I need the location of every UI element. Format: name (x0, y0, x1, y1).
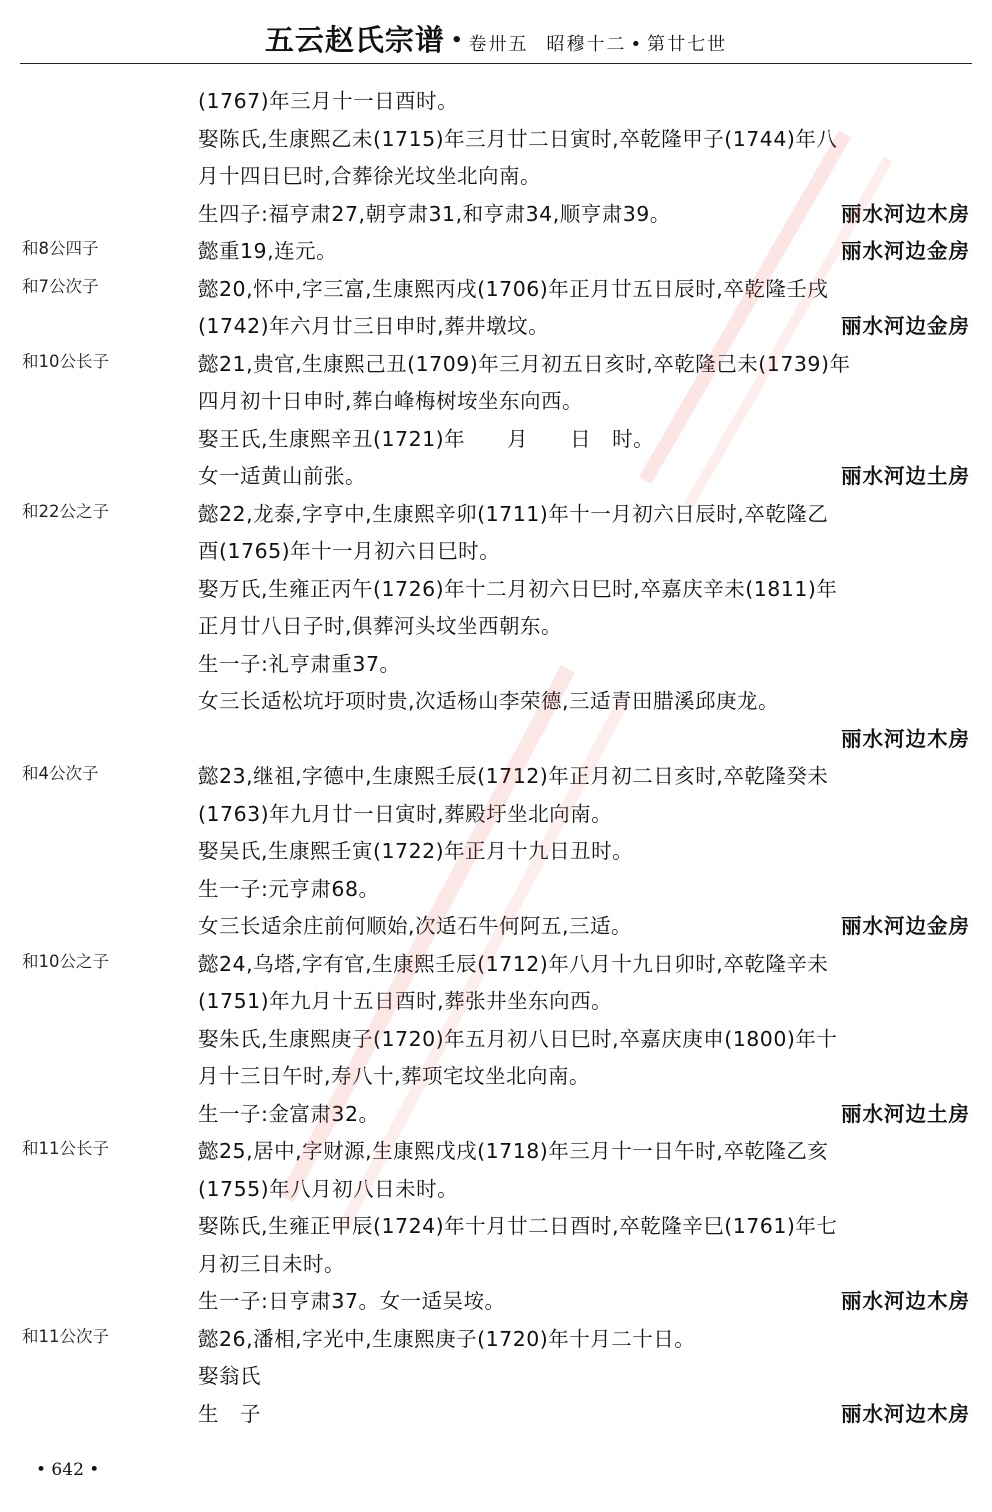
entry-line: 娶陈氏,生康熙乙未(1715)年三月廿二日寅时,卒乾隆甲子(1744)年八 (0, 121, 992, 159)
header-rule (20, 63, 972, 64)
entry-line: 和7公次子懿20,怀中,字三富,生康熙丙戌(1706)年正月廿五日辰时,卒乾隆壬… (0, 271, 992, 309)
entry-text: 月十四日巳时,合葬徐光坟坐北向南。 (198, 158, 541, 196)
branch-label: 丽水河边土房 (841, 458, 970, 496)
entry-line: 月十四日巳时,合葬徐光坟坐北向南。 (0, 158, 992, 196)
entry-text: (1763)年九月廿一日寅时,葬殿圩坐北向南。 (198, 796, 612, 834)
entry-line: 生一子:日亨肃37。女一适吴垵。丽水河边木房 (0, 1283, 992, 1321)
entry-text: 生一子:礼亨肃重37。 (198, 646, 401, 684)
entry-line: 和22公之子懿22,龙泰,字亨中,生康熙辛卯(1711)年十一月初六日辰时,卒乾… (0, 496, 992, 534)
entry-line: 娶万氏,生雍正丙午(1726)年十二月初六日巳时,卒嘉庆辛未(1811)年 (0, 571, 992, 609)
entry-line: 生四子:福亨肃27,朝亨肃31,和亨肃34,顺亨肃39。丽水河边木房 (0, 196, 992, 234)
entry-text: 娶吴氏,生康熙壬寅(1722)年正月十九日丑时。 (198, 833, 633, 871)
entry-line: 生 子丽水河边木房 (0, 1396, 992, 1434)
entry-text: 娶陈氏,生康熙乙未(1715)年三月廿二日寅时,卒乾隆甲子(1744)年八 (198, 121, 837, 159)
entry-line: 娶翁氏 (0, 1358, 992, 1396)
entry-line: (1742)年六月廿三日申时,葬井墩坟。丽水河边金房 (0, 308, 992, 346)
entry-text: 懿21,贵官,生康熙己丑(1709)年三月初五日亥时,卒乾隆己未(1739)年 (198, 346, 850, 384)
entry-text: 生一子:元亨肃68。 (198, 871, 380, 909)
header-separator: • (451, 30, 463, 51)
volume-label: 卷卅五 (468, 34, 528, 55)
entry-line: 和11公次子懿26,潘相,字光中,生康熙庚子(1720)年十月二十日。 (0, 1321, 992, 1359)
page-number: • 642 • (36, 1460, 99, 1480)
entry-line: 酉(1765)年十一月初六日巳时。 (0, 533, 992, 571)
entry-text: 月初三日未时。 (198, 1246, 345, 1284)
entry-text: 生一子:金富肃32。 (198, 1096, 380, 1134)
relation-label: 和22公之子 (22, 493, 109, 531)
relation-label: 和11公次子 (22, 1318, 109, 1356)
entry-text: 懿25,居中,字财源,生康熙戊戌(1718)年三月十一日午时,卒乾隆乙亥 (198, 1133, 828, 1171)
entry-text: 懿23,继祖,字德中,生康熙壬辰(1712)年正月初二日亥时,卒乾隆癸未 (198, 758, 828, 796)
entry-line: (1763)年九月廿一日寅时,葬殿圩坐北向南。 (0, 796, 992, 834)
entry-line: (1755)年八月初八日未时。 (0, 1171, 992, 1209)
entry-line: 生一子:礼亨肃重37。 (0, 646, 992, 684)
entry-text: 女三长适余庄前何顺始,次适石牛何阿五,三适。 (198, 908, 632, 946)
entry-line: 娶陈氏,生雍正甲辰(1724)年十月廿二日酉时,卒乾隆辛巳(1761)年七 (0, 1208, 992, 1246)
entry-line: 女三长适余庄前何顺始,次适石牛何阿五,三适。丽水河边金房 (0, 908, 992, 946)
entry-text: 酉(1765)年十一月初六日巳时。 (198, 533, 500, 571)
entry-line: 和4公次子懿23,继祖,字德中,生康熙壬辰(1712)年正月初二日亥时,卒乾隆癸… (0, 758, 992, 796)
generation-label: 第廿七世 (647, 34, 727, 55)
entry-text: 四月初十日申时,葬白峰梅树垵坐东向西。 (198, 383, 583, 421)
branch-label: 丽水河边金房 (841, 908, 970, 946)
entry-text: 生四子:福亨肃27,朝亨肃31,和亨肃34,顺亨肃39。 (198, 196, 671, 234)
entry-text: (1767)年三月十一日酉时。 (198, 83, 458, 121)
entry-line: 娶王氏,生康熙辛丑(1721)年 月 日 时。 (0, 421, 992, 459)
relation-label: 和11公长子 (22, 1130, 109, 1168)
entry-line: 正月廿八日子时,俱葬河头坟坐西朝东。 (0, 608, 992, 646)
entry-line: 女三长适松坑圩项时贵,次适杨山李荣德,三适青田腊溪邱庚龙。 (0, 683, 992, 721)
entry-line: 和11公长子懿25,居中,字财源,生康熙戊戌(1718)年三月十一日午时,卒乾隆… (0, 1133, 992, 1171)
branch-label: 丽水河边木房 (841, 196, 970, 234)
entry-line: 女一适黄山前张。丽水河边土房 (0, 458, 992, 496)
entry-text: 娶陈氏,生雍正甲辰(1724)年十月廿二日酉时,卒乾隆辛巳(1761)年七 (198, 1208, 837, 1246)
entry-text: 女一适黄山前张。 (198, 458, 366, 496)
entry-text: 懿26,潘相,字光中,生康熙庚子(1720)年十月二十日。 (198, 1321, 695, 1359)
relation-label: 和10公长子 (22, 343, 109, 381)
relation-label: 和10公之子 (22, 943, 109, 981)
entry-line: (1767)年三月十一日酉时。 (0, 83, 992, 121)
branch-label: 丽水河边金房 (841, 233, 970, 271)
entry-text: 月十三日午时,寿八十,葬项宅坟坐北向南。 (198, 1058, 590, 1096)
branch-label: 丽水河边木房 (841, 721, 970, 759)
entry-line: (1751)年九月十五日酉时,葬张井坐东向西。 (0, 983, 992, 1021)
entry-text: 懿重19,连元。 (198, 233, 337, 271)
entry-line: 和8公四子懿重19,连元。丽水河边金房 (0, 233, 992, 271)
entry-text: 正月廿八日子时,俱葬河头坟坐西朝东。 (198, 608, 562, 646)
relation-label: 和4公次子 (22, 755, 99, 793)
entry-line: 和10公之子懿24,乌塔,字有官,生康熙壬辰(1712)年八月十九日卯时,卒乾隆… (0, 946, 992, 984)
relation-label: 和8公四子 (22, 230, 99, 268)
entry-text: (1755)年八月初八日未时。 (198, 1171, 458, 1209)
branch-label: 丽水河边木房 (841, 1396, 970, 1434)
entry-line: 四月初十日申时,葬白峰梅树垵坐东向西。 (0, 383, 992, 421)
entry-text: 娶朱氏,生康熙庚子(1720)年五月初八日巳时,卒嘉庆庚申(1800)年十 (198, 1021, 837, 1059)
entry-line: 月十三日午时,寿八十,葬项宅坟坐北向南。 (0, 1058, 992, 1096)
entry-text: 娶翁氏 (198, 1358, 261, 1396)
entry-text: 懿22,龙泰,字亨中,生康熙辛卯(1711)年十一月初六日辰时,卒乾隆乙 (198, 496, 828, 534)
branch-label: 丽水河边土房 (841, 1096, 970, 1134)
branch-label: 丽水河边木房 (841, 1283, 970, 1321)
genealogy-entries: (1767)年三月十一日酉时。娶陈氏,生康熙乙未(1715)年三月廿二日寅时,卒… (0, 83, 992, 1433)
entry-line: 生一子:元亨肃68。 (0, 871, 992, 909)
entry-line: 月初三日未时。 (0, 1246, 992, 1284)
page-header: 五云赵氏宗谱•卷卅五昭穆十二•第廿七世 (0, 18, 992, 59)
entry-text: 懿24,乌塔,字有官,生康熙壬辰(1712)年八月十九日卯时,卒乾隆辛未 (198, 946, 828, 984)
entry-line: 丽水河边木房 (0, 721, 992, 759)
entry-line: 娶吴氏,生康熙壬寅(1722)年正月十九日丑时。 (0, 833, 992, 871)
entry-text: (1751)年九月十五日酉时,葬张井坐东向西。 (198, 983, 612, 1021)
entry-text: 娶万氏,生雍正丙午(1726)年十二月初六日巳时,卒嘉庆辛未(1811)年 (198, 571, 837, 609)
entry-text: 生一子:日亨肃37。女一适吴垵。 (198, 1283, 506, 1321)
branch-label: 丽水河边金房 (841, 308, 970, 346)
section-label: 昭穆十二 (546, 34, 626, 55)
entry-line: 和10公长子懿21,贵官,生康熙己丑(1709)年三月初五日亥时,卒乾隆己未(1… (0, 346, 992, 384)
entry-line: 生一子:金富肃32。丽水河边土房 (0, 1096, 992, 1134)
book-title: 五云赵氏宗谱 (265, 23, 445, 57)
entry-text: (1742)年六月廿三日申时,葬井墩坟。 (198, 308, 549, 346)
entry-line: 娶朱氏,生康熙庚子(1720)年五月初八日巳时,卒嘉庆庚申(1800)年十 (0, 1021, 992, 1059)
relation-label: 和7公次子 (22, 268, 99, 306)
entry-text: 女三长适松坑圩项时贵,次适杨山李荣德,三适青田腊溪邱庚龙。 (198, 683, 779, 721)
entry-text: 生 子 (198, 1396, 261, 1434)
entry-text: 懿20,怀中,字三富,生康熙丙戌(1706)年正月廿五日辰时,卒乾隆壬戌 (198, 271, 828, 309)
header-separator-2: • (630, 34, 643, 55)
entry-text: 娶王氏,生康熙辛丑(1721)年 月 日 时。 (198, 421, 654, 459)
